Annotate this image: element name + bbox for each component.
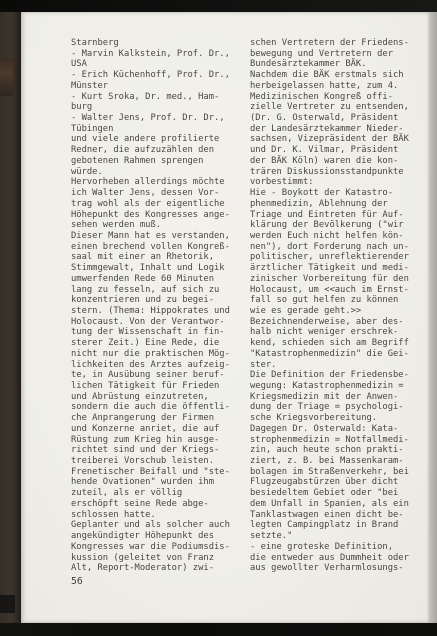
text-column-left: Starnberg - Marvin Kalkstein, Prof. Dr.,…	[71, 38, 237, 574]
page-number: 56	[71, 576, 83, 587]
book-spine-shadow	[0, 12, 21, 623]
page-edge-strip	[429, 12, 437, 623]
scan-border-top	[0, 0, 437, 12]
spine-showthrough-artifact	[0, 58, 13, 96]
text-column-right: schen Vertretern der Friedens- bewegung …	[250, 38, 416, 574]
spine-dark-band	[0, 595, 15, 613]
scanned-book-page: ? Starnberg - Marvin Kalkstein, Prof. Dr…	[0, 0, 437, 636]
scan-border-bottom	[0, 623, 437, 636]
